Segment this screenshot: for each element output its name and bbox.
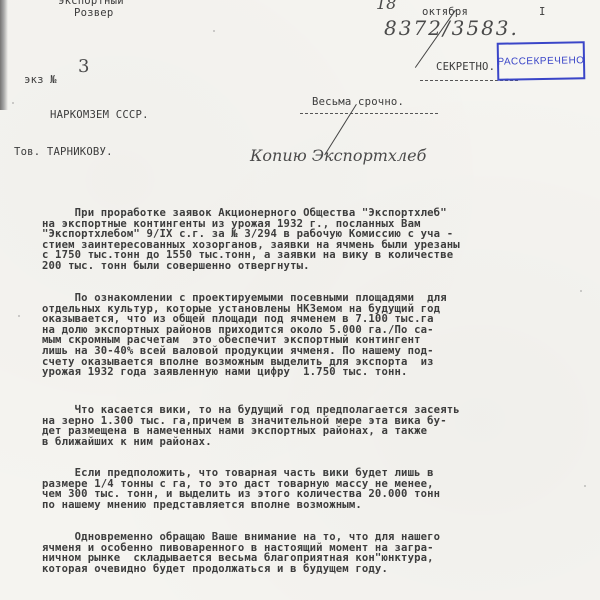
date-day-handwritten: 18: [376, 0, 396, 13]
addressee-person: Тов. ТАРНИКОВУ.: [14, 147, 113, 158]
declassified-stamp: РАССЕКРЕЧЕНО: [497, 41, 586, 81]
paragraph-2: По ознакомлении с проектируемыми посевны…: [42, 293, 562, 378]
paragraph-1: При проработке заявок Акционерного Общес…: [42, 208, 562, 272]
secrecy-label: СЕКРЕТНО.: [436, 62, 495, 73]
copy-label: экз №: [24, 74, 57, 86]
scan-speck: [584, 485, 586, 487]
scanned-document-page: экспортный Розвер 18 октября I 8372/3583…: [0, 0, 600, 600]
page-number: I: [539, 7, 546, 18]
handwritten-copy-note: Копию Экспортхлеб: [250, 146, 426, 165]
paragraph-4: Если предположить, что товарная часть ви…: [42, 468, 562, 510]
copy-number-row: экз № 3: [24, 68, 57, 87]
scan-speck: [12, 102, 14, 104]
paragraph-3: Что касается вики, то на будущий год пре…: [42, 405, 562, 447]
registration-number-handwritten: 8372/3583.: [384, 16, 519, 40]
scan-speck: [18, 315, 20, 317]
paragraph-5: Одновременно обращаю Ваше внимание на то…: [42, 532, 562, 574]
urgency-underline: [300, 113, 438, 114]
scan-edge-shadow: [0, 0, 8, 110]
scan-speck: [213, 30, 215, 32]
sender-line-2: Розвер: [74, 8, 113, 19]
addressee-organization: НАРКОМЗЕМ СССР.: [50, 110, 149, 121]
sender-line-1: экспортный: [58, 0, 124, 7]
urgency-label: Весьма срочно.: [312, 97, 404, 108]
scan-speck: [580, 290, 582, 292]
copy-number-handwritten: 3: [78, 56, 89, 77]
